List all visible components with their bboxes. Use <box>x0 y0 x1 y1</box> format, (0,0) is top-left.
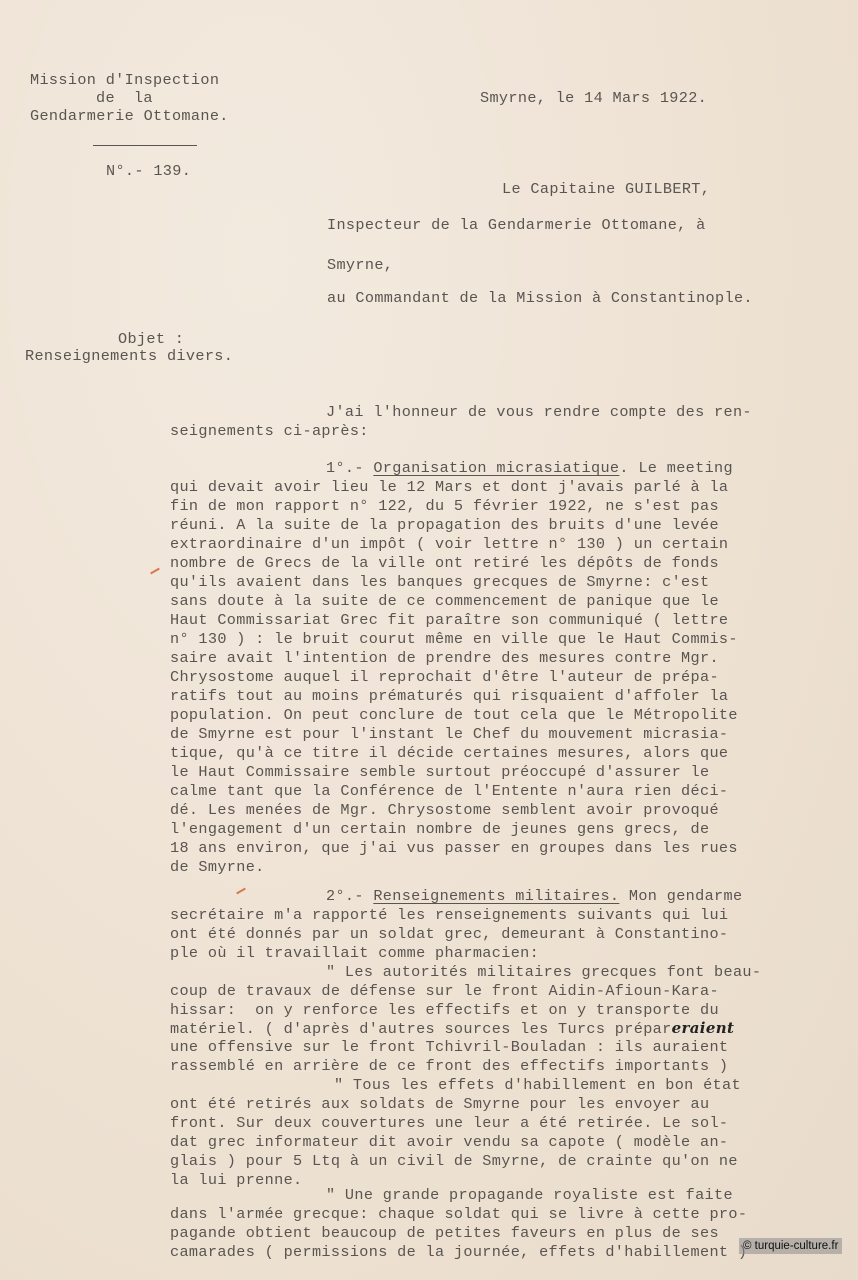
watermark: © turquie-culture.fr <box>739 1238 842 1254</box>
section2-first-line-rest: Mon gendarme <box>619 887 742 905</box>
quote1-line: rassemblé en arrière de ce front des eff… <box>170 1057 728 1076</box>
quote2-line: front. Sur deux couvertures une leur a é… <box>170 1114 728 1133</box>
section1-first-line: 1°.- Organisation micrasiatique. Le meet… <box>326 459 733 478</box>
section1-line: extraordinaire d'un impôt ( voir lettre … <box>170 535 728 554</box>
typed-text: matériel. ( d'après d'autres sources les… <box>170 1020 672 1038</box>
section2-heading: Renseignements militaires. <box>373 887 619 905</box>
section1-heading: Organisation micrasiatique <box>373 459 619 477</box>
section1-line: ratifs tout au moins prématurés qui risq… <box>170 687 728 706</box>
section1-line: réuni. A la suite de la propagation des … <box>170 516 719 535</box>
address-title: Inspecteur de la Gendarmerie Ottomane, à <box>327 216 706 235</box>
address-from: Le Capitaine GUILBERT, <box>502 180 710 199</box>
section1-line: qu'ils avaient dans les banques grecques… <box>170 573 709 592</box>
sender-line-2: de la <box>30 89 153 108</box>
section2-first-line: 2°.- Renseignements militaires. Mon gend… <box>326 887 742 906</box>
quote3-first-line: " Une grande propagande royaliste est fa… <box>326 1186 733 1205</box>
section1-line: le Haut Commissaire semble surtout préoc… <box>170 763 709 782</box>
section1-line: tique, qu'à ce titre il décide certaines… <box>170 744 728 763</box>
section1-line: saire avait l'intention de prendre des m… <box>170 649 719 668</box>
section1-first-line-rest: . Le meeting <box>619 459 733 477</box>
sender-line-3: Gendarmerie Ottomane. <box>30 107 229 126</box>
sender-line-1: Mission d'Inspection <box>30 71 219 90</box>
section2-line: ple où il travaillait comme pharmacien: <box>170 944 539 963</box>
section2-line: ont été donnés par un soldat grec, demeu… <box>170 925 728 944</box>
subject-value: Renseignements divers. <box>25 347 233 366</box>
section1-line: de Smyrne. <box>170 858 265 877</box>
address-to: au Commandant de la Mission à Constantin… <box>327 289 753 308</box>
quote2-line: glais ) pour 5 Ltq à un civil de Smyrne,… <box>170 1152 738 1171</box>
section1-line: l'engagement d'un certain nombre de jeun… <box>170 820 709 839</box>
section1-line: n° 130 ) : le bruit courut même en ville… <box>170 630 738 649</box>
section1-line: dé. Les menées de Mgr. Chrysostome sembl… <box>170 801 719 820</box>
section2-number: 2°.- <box>326 887 373 905</box>
section1-line: de Smyrne est pour l'instant le Chef du … <box>170 725 728 744</box>
document-number: N°.- 139. <box>106 162 191 181</box>
section1-line: Chrysostome auquel il reprochait d'être … <box>170 668 719 687</box>
place-date: Smyrne, le 14 Mars 1922. <box>480 89 707 108</box>
quote1-line: coup de travaux de défense sur le front … <box>170 982 719 1001</box>
section1-number: 1°.- <box>326 459 373 477</box>
section1-line: Haut Commissariat Grec fit paraître son … <box>170 611 728 630</box>
quote2-line: dat grec informateur dit avoir vendu sa … <box>170 1133 728 1152</box>
quote2-first-line: " Tous les effets d'habillement en bon é… <box>334 1076 741 1095</box>
quote1-line: une offensive sur le front Tchivril-Boul… <box>170 1038 728 1057</box>
ink-mark <box>150 568 160 575</box>
quote1-corrected-line: matériel. ( d'après d'autres sources les… <box>170 1019 734 1039</box>
handwritten-correction: eraient <box>672 1019 735 1037</box>
section1-line: fin de mon rapport n° 122, du 5 février … <box>170 497 719 516</box>
address-city: Smyrne, <box>327 256 393 275</box>
intro-line-2: seignements ci-après: <box>170 422 369 441</box>
intro-line-1: J'ai l'honneur de vous rendre compte des… <box>326 403 752 422</box>
quote3-line: pagande obtient beaucoup de petites fave… <box>170 1224 719 1243</box>
section1-line: nombre de Grecs de la ville ont retiré l… <box>170 554 719 573</box>
ink-mark <box>236 888 246 895</box>
quote2-line: ont été retirés aux soldats de Smyrne po… <box>170 1095 709 1114</box>
section1-line: calme tant que la Conférence de l'Entent… <box>170 782 728 801</box>
quote3-line: camarades ( permissions de la journée, e… <box>170 1243 747 1262</box>
quote1-first-line: " Les autorités militaires grecques font… <box>326 963 761 982</box>
section1-line: population. On peut conclure de tout cel… <box>170 706 738 725</box>
section1-line: 18 ans environ, que j'ai vus passer en g… <box>170 839 738 858</box>
quote2-line: la lui prenne. <box>170 1171 303 1190</box>
section2-line: secrétaire m'a rapporté les renseignemen… <box>170 906 728 925</box>
header-divider <box>93 145 197 146</box>
section1-line: qui devait avoir lieu le 12 Mars et dont… <box>170 478 728 497</box>
section1-line: sans doute à la suite de ce commencement… <box>170 592 719 611</box>
quote1-line: hissar: on y renforce les effectifs et o… <box>170 1001 719 1020</box>
quote3-line: dans l'armée grecque: chaque soldat qui … <box>170 1205 747 1224</box>
